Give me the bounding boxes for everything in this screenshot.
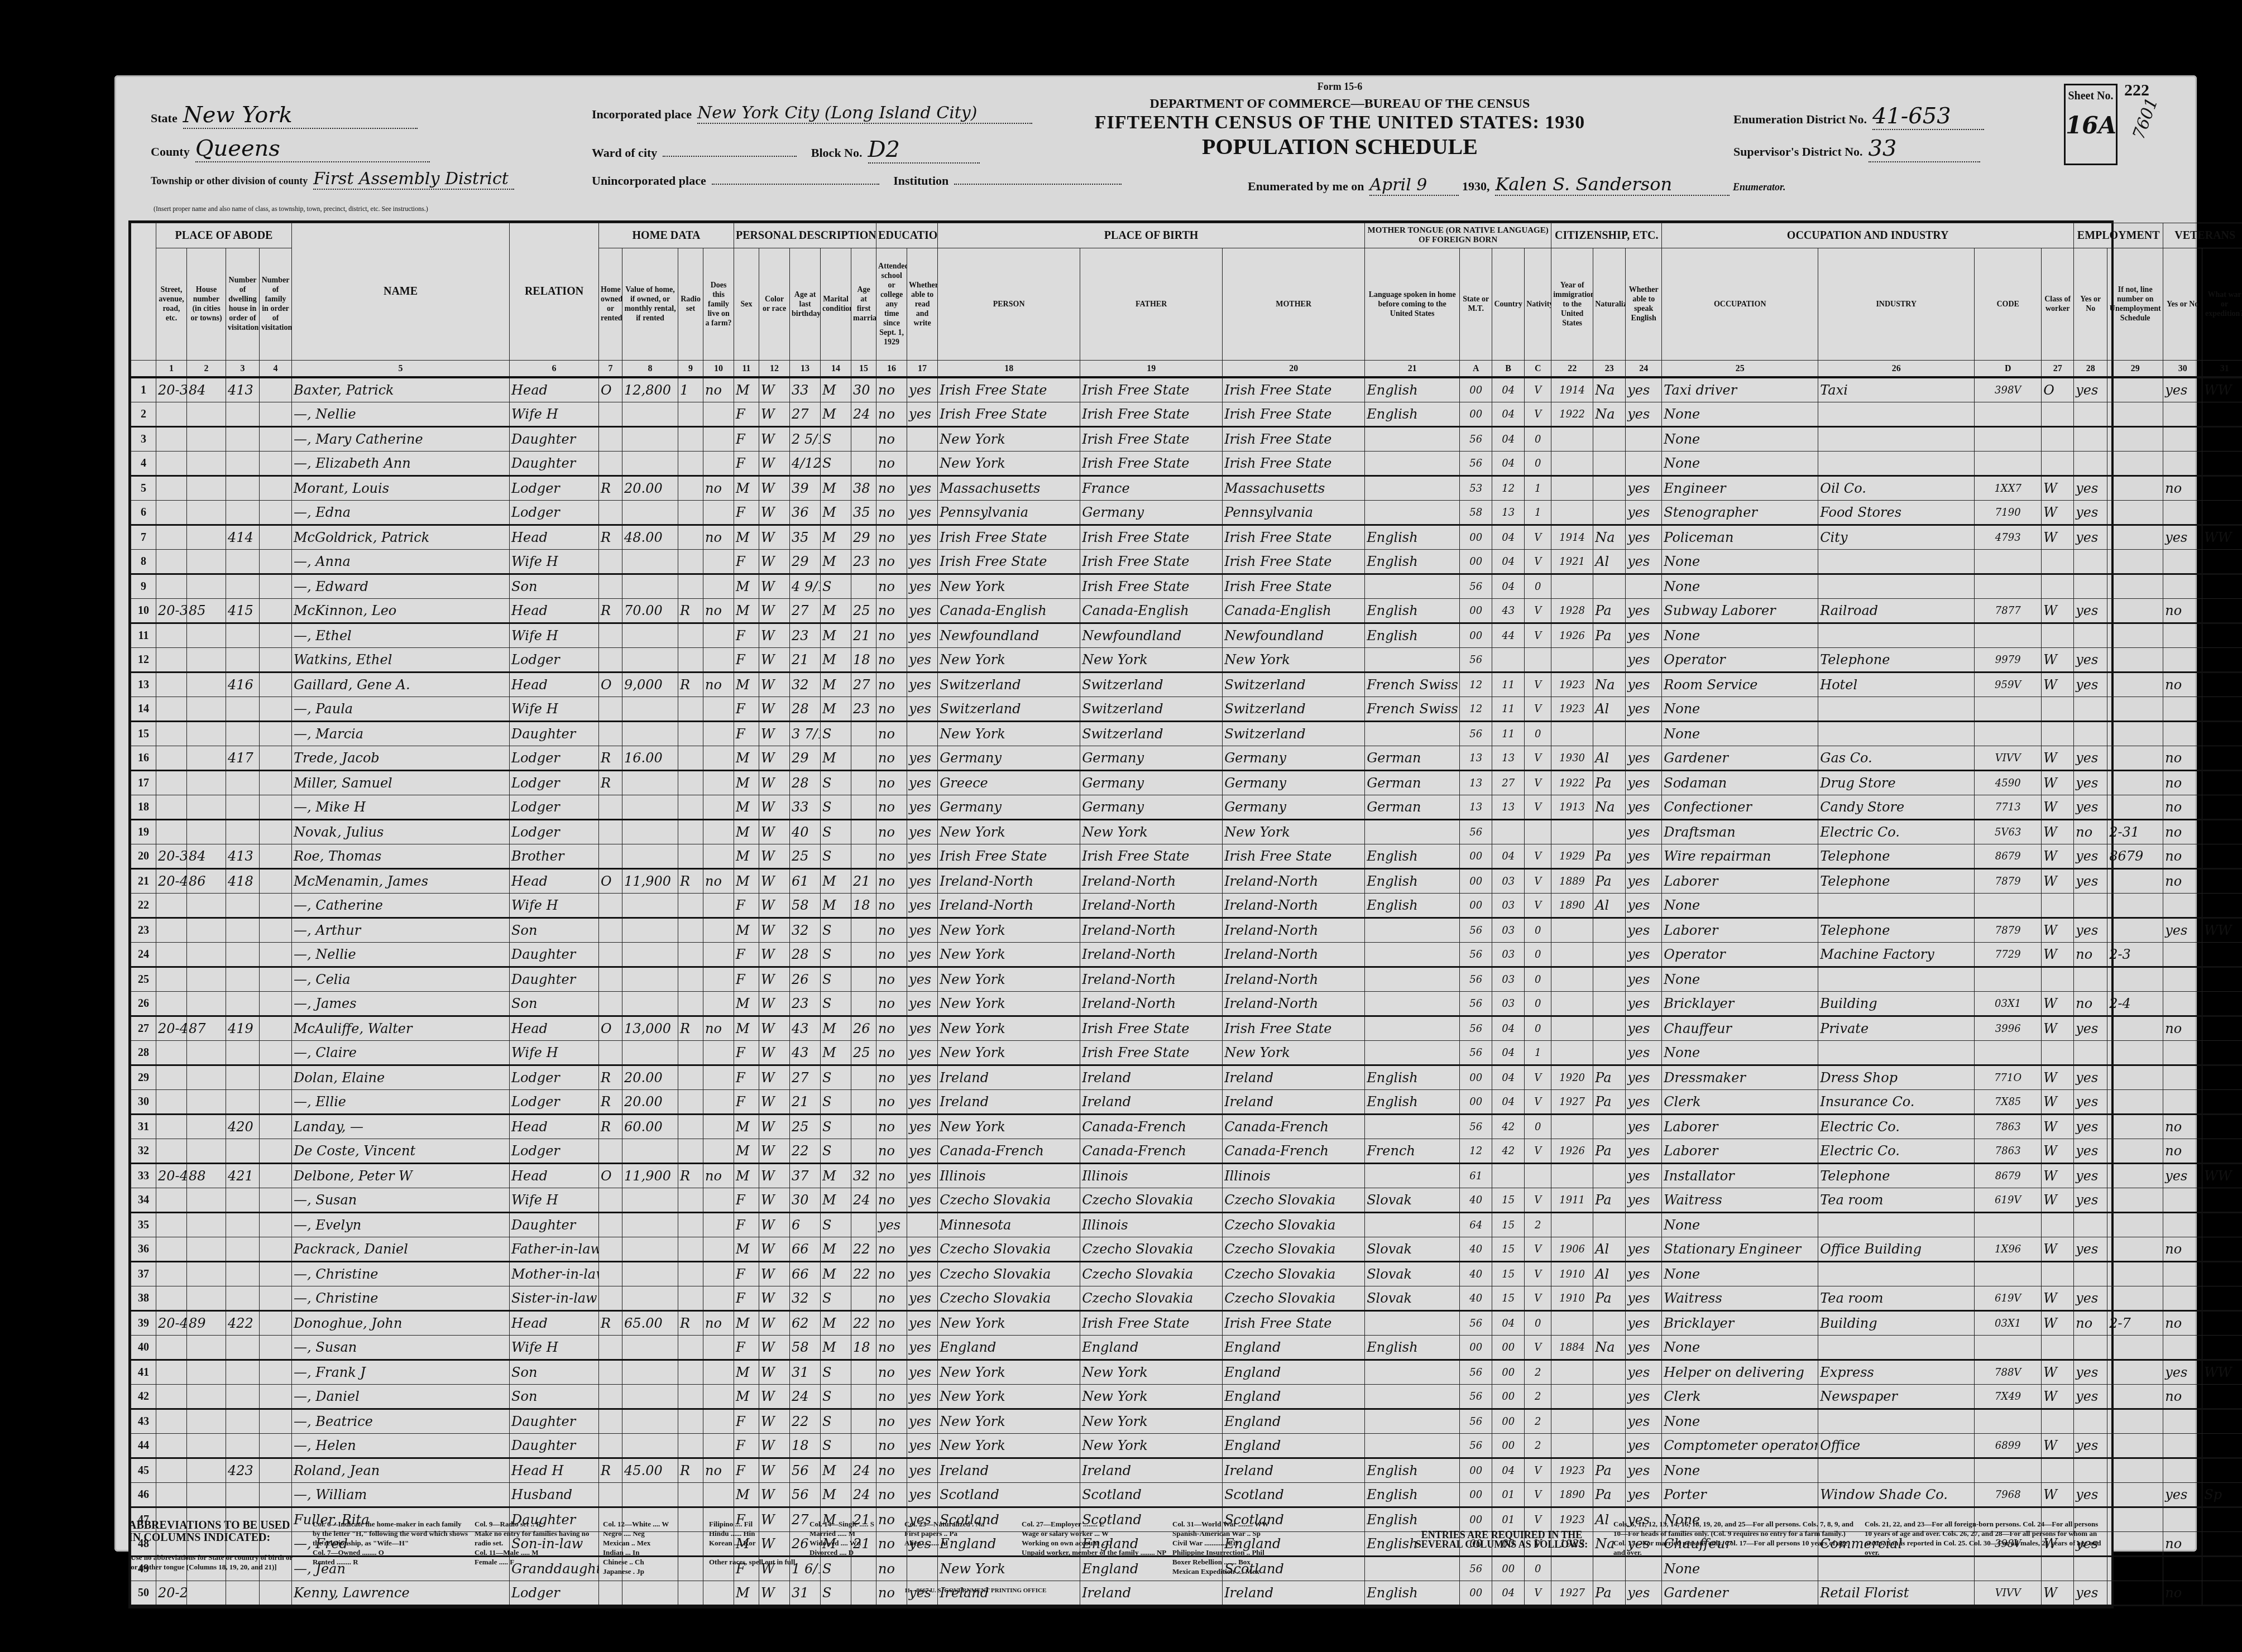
cell-street — [156, 1434, 187, 1458]
cell-marital: S — [821, 992, 851, 1016]
cell-a: 13 — [1460, 795, 1492, 820]
cell-read: yes — [907, 844, 938, 869]
cell-ind — [1818, 1262, 1975, 1286]
cell-ind: Drug Store — [1818, 771, 1975, 795]
cell-bpm: Canada-French — [1223, 1115, 1365, 1139]
cell-agem — [851, 722, 876, 746]
cell-house — [187, 501, 226, 525]
cell-a: 56 — [1460, 992, 1492, 1016]
cell-ind: Office Building — [1818, 1237, 1975, 1262]
cell-rel: Lodger — [510, 501, 599, 525]
cell-school: no — [876, 1237, 907, 1262]
cell-nat: Na — [1593, 377, 1626, 402]
cell-war — [2202, 1115, 2242, 1139]
cell-farm: no — [703, 377, 734, 402]
column-number: 3 — [226, 361, 260, 378]
column-number: 9 — [678, 361, 703, 378]
line-number: 50 — [131, 1581, 156, 1606]
cell-vet — [2163, 501, 2202, 525]
cell-street: 20-46 — [156, 1311, 187, 1336]
cell-farm — [703, 1483, 734, 1507]
cell-a: 00 — [1460, 1336, 1492, 1360]
column-number: 8 — [622, 361, 678, 378]
cell-bpf: Czecho Slovakia — [1080, 1286, 1223, 1311]
cell-sex: M — [734, 1139, 759, 1164]
cell-read: yes — [907, 795, 938, 820]
cell-eng: yes — [1626, 476, 1662, 501]
cell-unemp — [2107, 623, 2163, 648]
cell-agem — [851, 1115, 876, 1139]
cell-name: —, Evelyn — [292, 1213, 510, 1237]
col23-abbrev: Col. 23—Naturalized . Na First papers ..… — [904, 1519, 1016, 1548]
cell-radio — [678, 525, 703, 550]
cell-vet — [2163, 1213, 2202, 1237]
table-row: 16417Trede, JacobLodgerR16.00MW29MnoyesG… — [131, 746, 2242, 771]
cell-rel: Wife H — [510, 697, 599, 722]
table-row: 3920-4689422Donoghue, JohnHeadR65.00RnoM… — [131, 1311, 2242, 1336]
cell-own — [599, 722, 622, 746]
cell-family — [260, 1483, 292, 1507]
cell-bpm: Newfoundland — [1223, 623, 1365, 648]
cell-agem — [851, 427, 876, 452]
cell-race: W — [759, 476, 790, 501]
cell-code: VIVV — [1975, 746, 2042, 771]
cell-own — [599, 918, 622, 943]
cell-ind: Food Stores — [1818, 501, 1975, 525]
cell-nat — [1593, 1311, 1626, 1336]
cell-rel: Wife H — [510, 1188, 599, 1213]
cell-ind: Tea room — [1818, 1188, 1975, 1213]
cell-house — [187, 427, 226, 452]
cell-code: 398V — [1975, 377, 2042, 402]
cell-bp: New York — [938, 427, 1080, 452]
cell-eng — [1626, 1557, 1662, 1581]
cell-name: —, Marcia — [292, 722, 510, 746]
cell-bpm: Ireland-North — [1223, 943, 1365, 967]
cell-own: R — [599, 1458, 622, 1483]
cell-dwelling — [226, 1188, 260, 1213]
column-number: 26 — [1818, 361, 1975, 378]
cell-name: McGoldrick, Patrick — [292, 525, 510, 550]
table-row: 2—, NellieWife HFW27M24noyesIrish Free S… — [131, 402, 2242, 427]
cell-imm: 1922 — [1551, 771, 1593, 795]
cell-b: 04 — [1492, 377, 1525, 402]
cell-work: yes — [2074, 746, 2107, 771]
cell-b: 11 — [1492, 697, 1525, 722]
cell-bpf: Irish Free State — [1080, 402, 1223, 427]
cell-a: 00 — [1460, 1090, 1492, 1115]
column-number: 12 — [759, 361, 790, 378]
cell-farm — [703, 795, 734, 820]
cell-read: yes — [907, 1188, 938, 1213]
cell-value — [622, 1213, 678, 1237]
cell-nat — [1593, 992, 1626, 1016]
cell-unemp — [2107, 1557, 2163, 1581]
cell-name: —, James — [292, 992, 510, 1016]
cell-age: 27 — [790, 402, 821, 427]
cell-farm — [703, 820, 734, 844]
cell-family — [260, 1336, 292, 1360]
cell-occ: Sodaman — [1662, 771, 1818, 795]
cell-vet — [2163, 452, 2202, 476]
cell-own — [599, 648, 622, 673]
cell-bpf: Irish Free State — [1080, 550, 1223, 574]
cell-lang: English — [1365, 1065, 1460, 1090]
cell-unemp: 2-4 — [2107, 992, 2163, 1016]
cell-bp: New York — [938, 1434, 1080, 1458]
cell-read: yes — [907, 1139, 938, 1164]
cell-value — [622, 1483, 678, 1507]
cell-war — [2202, 599, 2242, 623]
cell-sex: M — [734, 1311, 759, 1336]
cell-b: 42 — [1492, 1115, 1525, 1139]
cell-imm: 1914 — [1551, 525, 1593, 550]
cell-c — [1525, 1164, 1551, 1188]
cell-work: yes — [2074, 1090, 2107, 1115]
cell-radio — [678, 746, 703, 771]
cell-radio — [678, 722, 703, 746]
cell-race: W — [759, 1237, 790, 1262]
cell-cls — [2042, 623, 2074, 648]
cell-family — [260, 795, 292, 820]
cell-code: 7879 — [1975, 918, 2042, 943]
cell-family — [260, 697, 292, 722]
cell-ind: Telephone — [1818, 869, 1975, 894]
cell-bpm: Illinois — [1223, 1164, 1365, 1188]
table-row: 12Watkins, EthelLodgerFW21M18noyesNew Yo… — [131, 648, 2242, 673]
cell-race: W — [759, 550, 790, 574]
cell-work: yes — [2074, 1115, 2107, 1139]
cell-b: 03 — [1492, 992, 1525, 1016]
cell-work — [2074, 550, 2107, 574]
cell-b — [1492, 1164, 1525, 1188]
cell-farm: no — [703, 525, 734, 550]
ed-value: 41-653 — [1872, 103, 1984, 130]
cell-unemp — [2107, 1581, 2163, 1606]
cell-sex: M — [734, 992, 759, 1016]
cell-eng: yes — [1626, 648, 1662, 673]
cell-ind: Candy Store — [1818, 795, 1975, 820]
group-personal: PERSONAL DESCRIPTION — [734, 223, 876, 248]
col12b-abbrev: Filipino .... Fil Hindu ...... Hin Korea… — [709, 1519, 804, 1567]
cell-a: 00 — [1460, 550, 1492, 574]
cell-dwelling — [226, 1483, 260, 1507]
cell-street — [156, 943, 187, 967]
cell-family — [260, 550, 292, 574]
cell-marital: M — [821, 673, 851, 697]
cell-family — [260, 623, 292, 648]
township-field: Township or other division of countyFirs… — [151, 169, 514, 190]
cell-agem: 24 — [851, 1458, 876, 1483]
cell-bp: New York — [938, 452, 1080, 476]
cell-age: 31 — [790, 1581, 821, 1606]
cell-marital: M — [821, 894, 851, 918]
cell-race: W — [759, 1041, 790, 1065]
column-number: 22 — [1551, 361, 1593, 378]
cell-radio — [678, 1213, 703, 1237]
cell-street: 20-42 — [156, 869, 187, 894]
cell-street — [156, 820, 187, 844]
cell-agem — [851, 1360, 876, 1385]
cell-occ: None — [1662, 1409, 1818, 1434]
cell-value — [622, 722, 678, 746]
cell-c: 0 — [1525, 722, 1551, 746]
sheet-number: 16A — [2066, 112, 2116, 139]
cell-b: 03 — [1492, 894, 1525, 918]
cell-imm: 1890 — [1551, 1483, 1593, 1507]
cell-imm — [1551, 1385, 1593, 1409]
cell-rel: Head — [510, 1311, 599, 1336]
cell-name: McAuliffe, Walter — [292, 1016, 510, 1041]
cell-war — [2202, 574, 2242, 599]
cell-value — [622, 771, 678, 795]
cell-value — [622, 1262, 678, 1286]
cell-bpm: Czecho Slovakia — [1223, 1188, 1365, 1213]
line-number: 29 — [131, 1065, 156, 1090]
cell-imm: 1889 — [1551, 869, 1593, 894]
cell-war — [2202, 1532, 2242, 1557]
cell-code: 7713 — [1975, 795, 2042, 820]
cell-own — [599, 1385, 622, 1409]
cell-imm: 1923 — [1551, 1458, 1593, 1483]
cell-street — [156, 1237, 187, 1262]
cell-agem — [851, 1385, 876, 1409]
cell-dwelling — [226, 1409, 260, 1434]
cell-imm — [1551, 476, 1593, 501]
cell-house — [187, 1065, 226, 1090]
cell-street — [156, 550, 187, 574]
cell-a: 13 — [1460, 771, 1492, 795]
cell-agem — [851, 771, 876, 795]
cell-family — [260, 1139, 292, 1164]
cell-lang — [1365, 918, 1460, 943]
cell-work — [2074, 1557, 2107, 1581]
cell-code — [1975, 452, 2042, 476]
cell-b: 11 — [1492, 722, 1525, 746]
cell-farm — [703, 1139, 734, 1164]
cell-lang — [1365, 574, 1460, 599]
cell-c: V — [1525, 697, 1551, 722]
cell-radio — [678, 623, 703, 648]
column-number: B — [1492, 361, 1525, 378]
cell-farm — [703, 1581, 734, 1606]
cell-nat — [1593, 1041, 1626, 1065]
cell-code: 7863 — [1975, 1115, 2042, 1139]
cell-war — [2202, 992, 2242, 1016]
cell-dwelling — [226, 1434, 260, 1458]
cell-work — [2074, 574, 2107, 599]
cell-bpm: Czecho Slovakia — [1223, 1237, 1365, 1262]
cell-house — [187, 402, 226, 427]
margin-note: 7601 — [2129, 95, 2162, 142]
cell-work — [2074, 1409, 2107, 1434]
cell-read — [907, 722, 938, 746]
cell-unemp — [2107, 1286, 2163, 1311]
cell-ind — [1818, 1041, 1975, 1065]
cell-school: no — [876, 918, 907, 943]
cell-work: no — [2074, 992, 2107, 1016]
cell-bpf: Switzerland — [1080, 673, 1223, 697]
cell-name: Trede, Jacob — [292, 746, 510, 771]
table-row: 4—, Elizabeth AnnDaughterFW4/12SnoNew Yo… — [131, 452, 2242, 476]
cell-race: W — [759, 452, 790, 476]
cell-code: 7190 — [1975, 501, 2042, 525]
cell-age: 6 — [790, 1213, 821, 1237]
line-number: 24 — [131, 943, 156, 967]
line-number: 30 — [131, 1090, 156, 1115]
cell-bp: Czecho Slovakia — [938, 1188, 1080, 1213]
cell-nat — [1593, 1557, 1626, 1581]
cell-value: 11,900 — [622, 1164, 678, 1188]
cell-a: 56 — [1460, 943, 1492, 967]
line-number: 35 — [131, 1213, 156, 1237]
cell-vet: no — [2163, 1016, 2202, 1041]
cell-nat: Na — [1593, 1336, 1626, 1360]
cell-work: no — [2074, 1311, 2107, 1336]
cell-sex: M — [734, 746, 759, 771]
cell-ind — [1818, 722, 1975, 746]
cell-eng: yes — [1626, 697, 1662, 722]
cell-vet: no — [2163, 1311, 2202, 1336]
cell-dwelling: 417 — [226, 746, 260, 771]
cell-bp: Pennsylvania — [938, 501, 1080, 525]
cell-bpf: New York — [1080, 648, 1223, 673]
cell-lang — [1365, 476, 1460, 501]
line-number: 4 — [131, 452, 156, 476]
cell-b: 00 — [1492, 1336, 1525, 1360]
cell-agem — [851, 1409, 876, 1434]
cell-war: WW — [2202, 1164, 2242, 1188]
cell-sex: M — [734, 844, 759, 869]
cell-code: 959V — [1975, 673, 2042, 697]
table-row: 2120-4286418McMenamin, JamesHeadO11,900R… — [131, 869, 2242, 894]
cell-school: no — [876, 1336, 907, 1360]
cell-read: yes — [907, 574, 938, 599]
cell-occ: None — [1662, 574, 1818, 599]
cell-radio: R — [678, 1458, 703, 1483]
cell-value: 13,000 — [622, 1016, 678, 1041]
ward-field: Ward of city Block No.D2 — [592, 137, 980, 164]
cell-sex: F — [734, 1409, 759, 1434]
cell-agem — [851, 1557, 876, 1581]
cell-c: V — [1525, 1507, 1551, 1532]
cell-radio — [678, 501, 703, 525]
table-row: 11—, EthelWife HFW23M21noyesNewfoundland… — [131, 623, 2242, 648]
cell-work: yes — [2074, 673, 2107, 697]
cell-eng: yes — [1626, 1483, 1662, 1507]
cell-agem: 24 — [851, 402, 876, 427]
cell-bpf: New York — [1080, 820, 1223, 844]
cell-dwelling: 414 — [226, 525, 260, 550]
cell-occ: None — [1662, 1458, 1818, 1483]
cell-a: 56 — [1460, 1016, 1492, 1041]
cell-bp: New York — [938, 967, 1080, 992]
cell-war — [2202, 550, 2242, 574]
cell-house: 84 — [187, 377, 226, 402]
cell-ind — [1818, 894, 1975, 918]
cell-value: 20.00 — [622, 1090, 678, 1115]
cell-cls: W — [2042, 1090, 2074, 1115]
cell-dwelling: 419 — [226, 1016, 260, 1041]
cell-sex: M — [734, 771, 759, 795]
cell-cls — [2042, 1557, 2074, 1581]
column-number: 31 — [2202, 361, 2242, 378]
cell-a: 56 — [1460, 967, 1492, 992]
cell-rel: Lodger — [510, 476, 599, 501]
cell-value — [622, 943, 678, 967]
cell-c: V — [1525, 1483, 1551, 1507]
cell-eng: yes — [1626, 377, 1662, 402]
cell-race: W — [759, 673, 790, 697]
column-number: 5 — [292, 361, 510, 378]
cell-value — [622, 1581, 678, 1606]
cell-war — [2202, 943, 2242, 967]
cell-a: 64 — [1460, 1213, 1492, 1237]
cell-imm: 1923 — [1551, 697, 1593, 722]
cell-house — [187, 550, 226, 574]
cell-bp: Irish Free State — [938, 844, 1080, 869]
cell-lang: French Swiss — [1365, 697, 1460, 722]
cell-bpf: Canada-English — [1080, 599, 1223, 623]
cell-imm: 1910 — [1551, 1286, 1593, 1311]
cell-farm — [703, 574, 734, 599]
cell-own — [599, 844, 622, 869]
cell-value — [622, 894, 678, 918]
cell-race: W — [759, 1581, 790, 1606]
cell-nat: Pa — [1593, 771, 1626, 795]
cell-vet — [2163, 1262, 2202, 1286]
cell-occ: Laborer — [1662, 869, 1818, 894]
cell-b: 04 — [1492, 1458, 1525, 1483]
cell-farm — [703, 1090, 734, 1115]
cell-unemp — [2107, 1385, 2163, 1409]
cell-b: 04 — [1492, 1041, 1525, 1065]
cell-occ: None — [1662, 1041, 1818, 1065]
cell-farm — [703, 1115, 734, 1139]
cell-marital: S — [821, 820, 851, 844]
cell-bpm: Ireland-North — [1223, 869, 1365, 894]
cell-vet: no — [2163, 1115, 2202, 1139]
table-row: 1020-3685415McKinnon, LeoHeadR70.00RnoMW… — [131, 599, 2242, 623]
cell-house — [187, 1237, 226, 1262]
cell-agem: 24 — [851, 1188, 876, 1213]
cell-dwelling — [226, 1336, 260, 1360]
cell-radio — [678, 943, 703, 967]
cell-imm — [1551, 1213, 1593, 1237]
cell-nat — [1593, 452, 1626, 476]
cell-age: 29 — [790, 550, 821, 574]
table-row: 17Miller, SamuelLodgerRMW28SnoyesGreeceG… — [131, 771, 2242, 795]
cell-bpf: Ireland — [1080, 1581, 1223, 1606]
cell-own — [599, 427, 622, 452]
cell-bpm: Czecho Slovakia — [1223, 1286, 1365, 1311]
cell-c: V — [1525, 869, 1551, 894]
cell-work: yes — [2074, 771, 2107, 795]
cell-rel: Wife H — [510, 550, 599, 574]
cell-work: no — [2074, 943, 2107, 967]
cell-age: 56 — [790, 1458, 821, 1483]
cell-age: 40 — [790, 820, 821, 844]
cell-agem — [851, 574, 876, 599]
cell-eng: yes — [1626, 1336, 1662, 1360]
cell-race: W — [759, 844, 790, 869]
county-field: CountyQueens — [151, 136, 430, 162]
cell-a: 56 — [1460, 820, 1492, 844]
cell-work — [2074, 402, 2107, 427]
cell-age: 32 — [790, 1286, 821, 1311]
cell-imm — [1551, 943, 1593, 967]
cell-cls: W — [2042, 476, 2074, 501]
